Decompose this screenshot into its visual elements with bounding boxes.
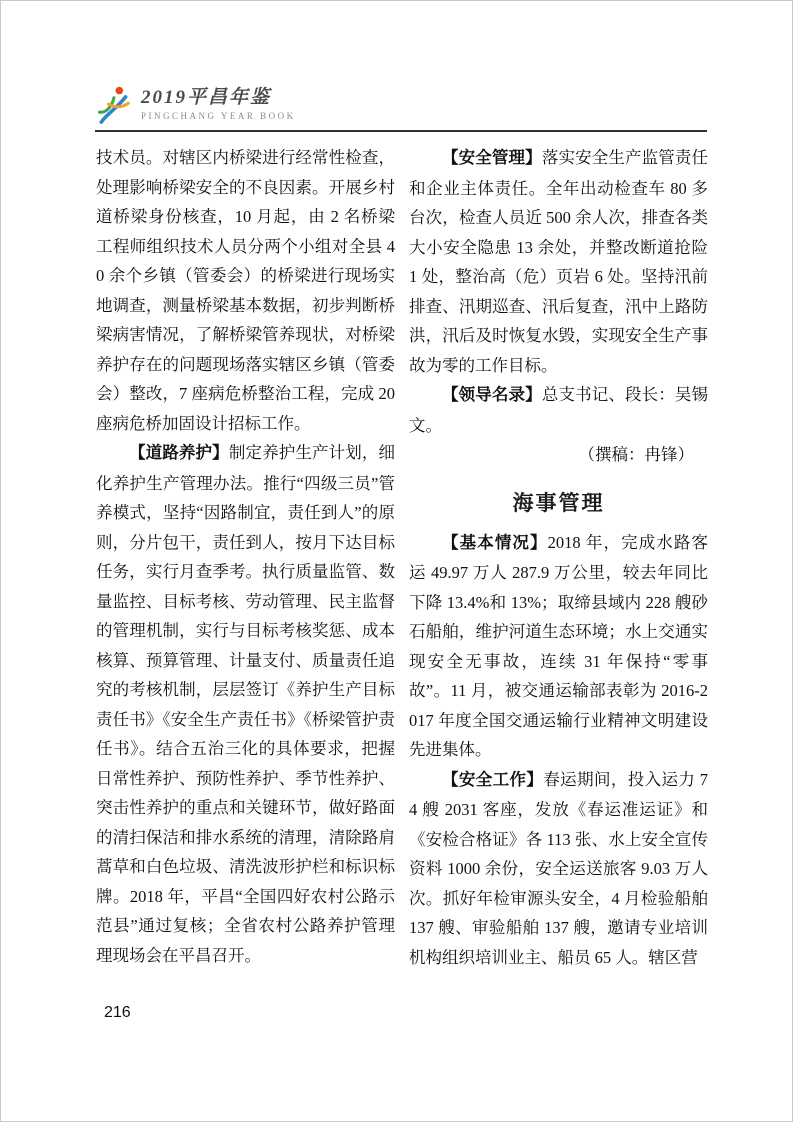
page-header: 2019平昌年鉴 PINGCHANG YEAR BOOK (95, 85, 296, 125)
byline: （撰稿：冉锋） (409, 440, 708, 470)
header-rule (95, 130, 707, 132)
paragraph-text: 2018 年，完成水路客运 49.97 万人 287.9 万公里，较去年同比下降… (409, 533, 708, 760)
entry-label: 【领导名录】 (442, 386, 542, 404)
content-columns: 技术员。对辖区内桥梁进行经常性检查，处理影响桥梁安全的不良因素。开展乡村道桥梁身… (96, 143, 708, 972)
entry-label: 【基本情况】 (442, 534, 548, 552)
yearbook-logo-icon (95, 85, 131, 125)
paragraph-leadership-roster: 【领导名录】总支书记、段长：吴锡文。 (409, 380, 708, 440)
paragraph-bridge-continuation: 技术员。对辖区内桥梁进行经常性检查，处理影响桥梁安全的不良因素。开展乡村道桥梁身… (96, 143, 395, 438)
paragraph-safety-work: 【安全工作】春运期间，投入运力 74 艘 2031 客座，发放《春运准运证》和《… (409, 765, 708, 973)
entry-label: 【安全工作】 (442, 771, 543, 789)
paragraph-text: 技术员。对辖区内桥梁进行经常性检查，处理影响桥梁安全的不良因素。开展乡村道桥梁身… (96, 148, 395, 433)
right-column: 【安全管理】落实安全生产监管责任和企业主体责任。全年出动检查车 80 多台次，检… (409, 143, 708, 972)
paragraph-text: 落实安全生产监管责任和企业主体责任。全年出动检查车 80 多台次，检查人员近 5… (409, 148, 708, 375)
page-number: 216 (104, 1004, 131, 1022)
left-column: 技术员。对辖区内桥梁进行经常性检查，处理影响桥梁安全的不良因素。开展乡村道桥梁身… (96, 143, 395, 972)
yearbook-subtitle: PINGCHANG YEAR BOOK (141, 110, 296, 122)
paragraph-road-maintenance: 【道路养护】制定养护生产计划，细化养护生产管理办法。推行“四级三员”管养模式，坚… (96, 438, 395, 970)
entry-label: 【道路养护】 (129, 444, 229, 462)
paragraph-basic-situation: 【基本情况】2018 年，完成水路客运 49.97 万人 287.9 万公里，较… (409, 528, 708, 765)
entry-label: 【安全管理】 (442, 149, 542, 167)
yearbook-titles: 2019平昌年鉴 PINGCHANG YEAR BOOK (141, 88, 296, 122)
paragraph-safety-management: 【安全管理】落实安全生产监管责任和企业主体责任。全年出动检查车 80 多台次，检… (409, 143, 708, 380)
yearbook-title: 2019平昌年鉴 (141, 88, 296, 108)
section-heading-maritime: 海事管理 (409, 487, 708, 517)
paragraph-text: 春运期间，投入运力 74 艘 2031 客座，发放《春运准运证》和《安检合格证》… (409, 770, 708, 967)
yearbook-page: { "header": { "title_cn": "2019平昌年鉴", "t… (0, 0, 793, 1122)
paragraph-text: 制定养护生产计划，细化养护生产管理办法。推行“四级三员”管养模式，坚持“因路制宜… (96, 443, 395, 965)
